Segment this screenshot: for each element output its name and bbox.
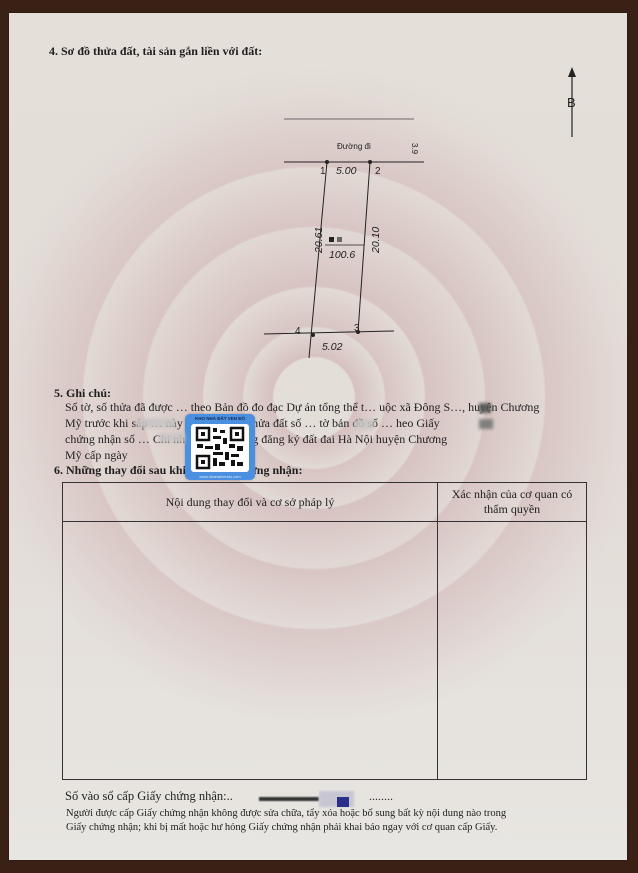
- svg-text:1: 1: [320, 166, 326, 177]
- notice-line-1: Người được cấp Giấy chứng nhận không đượ…: [66, 808, 506, 819]
- note-line-4: Mỹ cấp ngày: [65, 448, 128, 463]
- svg-text:3: 3: [354, 323, 360, 334]
- svg-text:5.00: 5.00: [336, 165, 357, 177]
- redaction: [479, 419, 493, 429]
- section6-heading: 6. Những thay đổi sau khi cấp Giấy chứng…: [54, 463, 302, 478]
- svg-text:20.10: 20.10: [370, 227, 382, 254]
- north-label: B: [567, 95, 576, 110]
- redaction: [354, 419, 374, 429]
- col-header-confirmation: Xác nhận của cơ quan có thẩm quyền: [438, 483, 587, 522]
- note-line-1: Số tờ, số thửa đã được … theo Bản đồ đo …: [65, 400, 539, 415]
- svg-text:100.6: 100.6: [329, 249, 355, 261]
- svg-text:20.61: 20.61: [313, 227, 325, 254]
- svg-text:4: 4: [295, 326, 301, 337]
- changes-table: Nội dung thay đổi và cơ sở pháp lý Xác n…: [62, 482, 587, 780]
- redaction: [479, 403, 491, 413]
- register-number-trailing: ........: [369, 789, 393, 804]
- qr-code-icon[interactable]: [191, 424, 249, 472]
- svg-text:5.02: 5.02: [322, 341, 343, 353]
- qr-bottom-label: www.nhadatvendo.com: [185, 474, 255, 479]
- notice-line-2: Giấy chứng nhận; khi bị mất hoặc hư hỏng…: [66, 822, 497, 833]
- register-number-label: Số vào sổ cấp Giấy chứng nhận:..: [65, 789, 233, 804]
- svg-text:2: 2: [375, 166, 381, 177]
- col-header-changes: Nội dung thay đổi và cơ sở pháp lý: [63, 483, 438, 522]
- table-cell-changes: [63, 522, 438, 780]
- qr-top-label: KHO NHÀ ĐẤT VEN ĐÔ: [185, 416, 255, 421]
- redaction: [159, 433, 185, 443]
- section4-heading: 4. Sơ đồ thửa đất, tài sản gắn liền với …: [49, 44, 262, 59]
- section5-heading: 5. Ghi chú:: [54, 386, 111, 401]
- plot-diagram: Đường đi 3.9 1 2 3 4 5.00 5.02 20.61 20.…: [254, 113, 434, 393]
- redaction: [136, 418, 176, 428]
- table-cell-confirmation: [438, 522, 587, 780]
- svg-text:Đường đi: Đường đi: [337, 142, 371, 151]
- svg-text:3.9: 3.9: [410, 143, 419, 155]
- north-arrow-icon: B: [562, 65, 582, 140]
- qr-sticker[interactable]: KHO NHÀ ĐẤT VEN ĐÔ www.nhadatvendo.com: [185, 414, 255, 480]
- certificate-page: 4. Sơ đồ thửa đất, tài sản gắn liền với …: [9, 13, 627, 860]
- note-line-3: chứng nhận số … Chi nhánh Văn phòng đăng…: [65, 432, 447, 447]
- register-number-redacted: [259, 791, 354, 807]
